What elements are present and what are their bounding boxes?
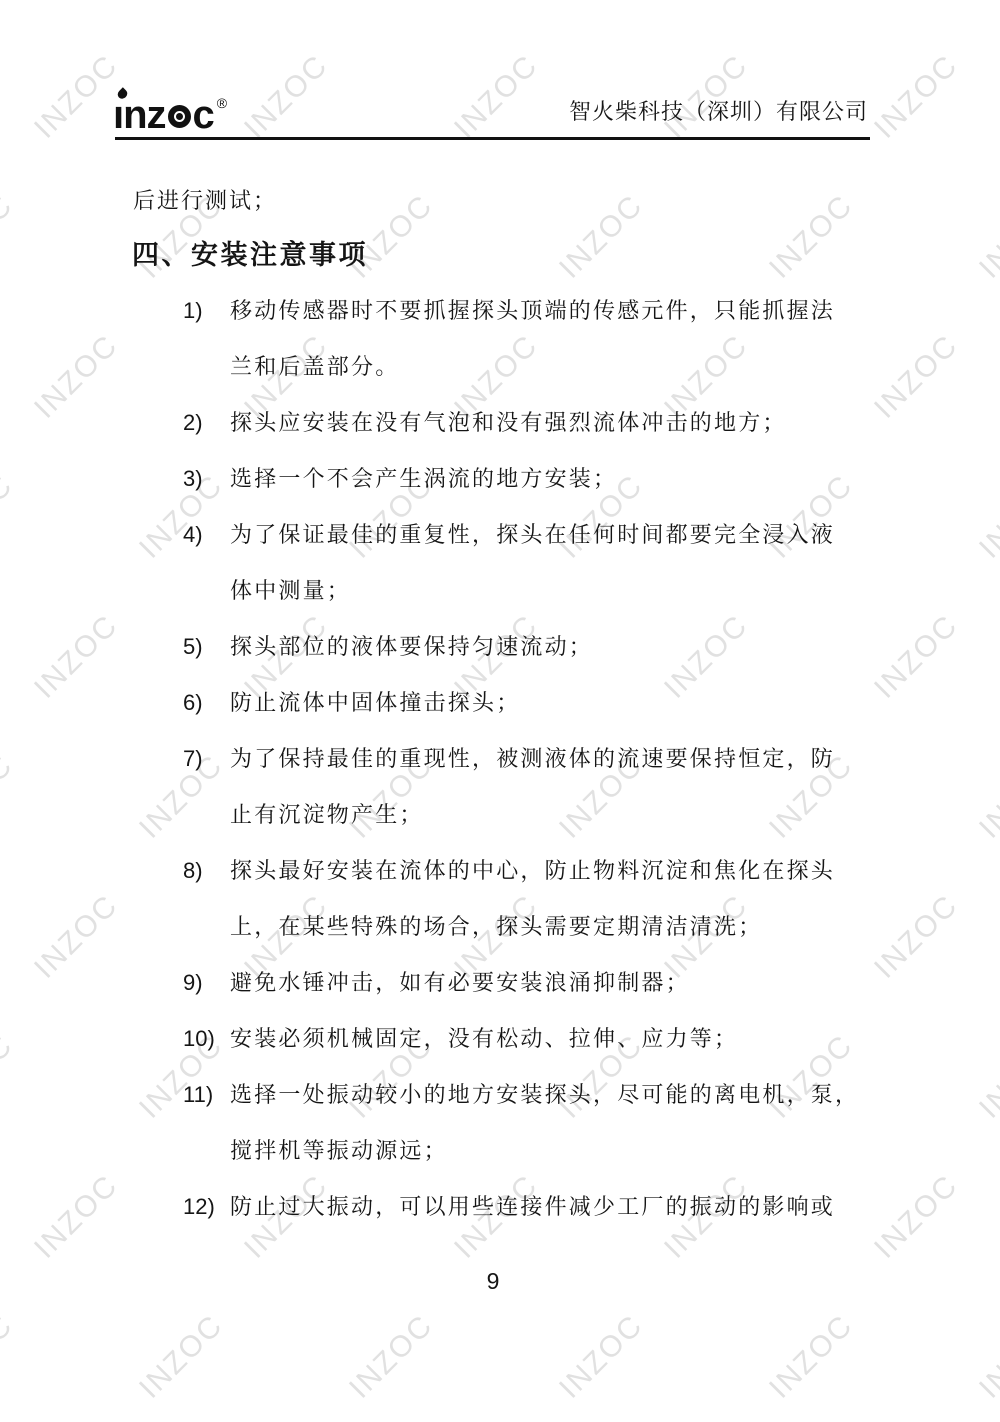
header-rule	[115, 137, 870, 140]
item-number: 7)	[183, 731, 230, 787]
item-line: 探头部位的液体要保持匀速流动；	[230, 619, 903, 675]
section-heading: 四、安装注意事项	[132, 233, 368, 277]
item-line: 选择一个不会产生涡流的地方安装；	[230, 451, 903, 507]
company-name: 智火柴科技（深圳）有限公司	[569, 97, 868, 127]
list-item: 1)移动传感器时不要抓握探头顶端的传感元件，只能抓握法兰和后盖部分。	[183, 283, 903, 395]
install-notes-list: 1)移动传感器时不要抓握探头顶端的传感元件，只能抓握法兰和后盖部分。2)探头应安…	[183, 283, 903, 1235]
item-line: 防止过大振动，可以用些连接件减少工厂的振动的影响或	[230, 1179, 903, 1235]
item-number: 10)	[183, 1011, 230, 1067]
document-page: INZOCINZOCINZOCINZOCINZOCINZOCINZOCINZOC…	[0, 0, 1000, 1422]
list-item: 7)为了保持最佳的重现性，被测液体的流速要保持恒定，防止有沉淀物产生；	[183, 731, 903, 843]
list-item: 11)选择一处振动较小的地方安装探头，尽可能的离电机，泵，搅拌机等振动源远；	[183, 1067, 903, 1179]
intro-text: 后进行测试；	[133, 173, 277, 229]
item-line: 为了保持最佳的重现性，被测液体的流速要保持恒定，防	[230, 731, 903, 787]
item-number: 8)	[183, 843, 230, 899]
item-number: 12)	[183, 1179, 230, 1235]
list-item: 3)选择一个不会产生涡流的地方安装；	[183, 451, 903, 507]
item-number: 11)	[183, 1067, 230, 1123]
item-line: 止有沉淀物产生；	[230, 787, 903, 843]
list-item: 2)探头应安装在没有气泡和没有强烈流体冲击的地方；	[183, 395, 903, 451]
logo-o-icon	[168, 105, 191, 128]
brand-logo: ınzc®	[113, 92, 227, 138]
list-item: 4)为了保证最佳的重复性，探头在任何时间都要完全浸入液体中测量；	[183, 507, 903, 619]
list-item: 8)探头最好安装在流体的中心，防止物料沉淀和焦化在探头上，在某些特殊的场合，探头…	[183, 843, 903, 955]
page-number: 9	[0, 1266, 986, 1296]
item-line: 防止流体中固体撞击探头；	[230, 675, 903, 731]
item-line: 体中测量；	[230, 563, 903, 619]
item-line: 搅拌机等振动源远；	[230, 1123, 903, 1179]
item-number: 6)	[183, 675, 230, 731]
list-item: 12)防止过大振动，可以用些连接件减少工厂的振动的影响或	[183, 1179, 903, 1235]
item-line: 为了保证最佳的重复性，探头在任何时间都要完全浸入液	[230, 507, 903, 563]
item-line: 选择一处振动较小的地方安装探头，尽可能的离电机，泵，	[230, 1067, 903, 1123]
item-number: 4)	[183, 507, 230, 563]
item-number: 5)	[183, 619, 230, 675]
page-content: ınzc® 智火柴科技（深圳）有限公司 后进行测试； 四、安装注意事项 1)移动…	[0, 0, 1000, 1422]
item-number: 3)	[183, 451, 230, 507]
logo-o-dot	[176, 113, 183, 120]
item-number: 1)	[183, 283, 230, 339]
logo-text-right: c	[193, 93, 214, 137]
list-item: 6)防止流体中固体撞击探头；	[183, 675, 903, 731]
list-item: 5)探头部位的液体要保持匀速流动；	[183, 619, 903, 675]
logo-text-left: ınz	[113, 93, 166, 137]
item-line: 避免水锤冲击，如有必要安装浪涌抑制器；	[230, 955, 903, 1011]
item-line: 探头应安装在没有气泡和没有强烈流体冲击的地方；	[230, 395, 903, 451]
item-line: 安装必须机械固定，没有松动、拉伸、应力等；	[230, 1011, 903, 1067]
item-line: 移动传感器时不要抓握探头顶端的传感元件，只能抓握法	[230, 283, 903, 339]
item-line: 上，在某些特殊的场合，探头需要定期清洁清洗；	[230, 899, 903, 955]
list-item: 10)安装必须机械固定，没有松动、拉伸、应力等；	[183, 1011, 903, 1067]
registered-mark: ®	[217, 95, 227, 111]
item-number: 9)	[183, 955, 230, 1011]
item-line: 探头最好安装在流体的中心，防止物料沉淀和焦化在探头	[230, 843, 903, 899]
list-item: 9)避免水锤冲击，如有必要安装浪涌抑制器；	[183, 955, 903, 1011]
item-line: 兰和后盖部分。	[230, 339, 903, 395]
item-number: 2)	[183, 395, 230, 451]
